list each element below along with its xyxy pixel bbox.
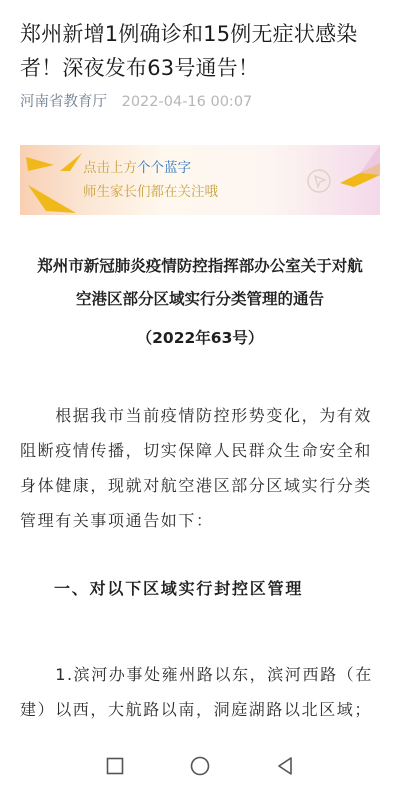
back-button[interactable] <box>274 755 296 777</box>
banner-line1: 点击上方个个蓝字 <box>83 159 191 177</box>
follow-banner[interactable]: 点击上方个个蓝字 师生家长们都在关注哦 <box>20 145 380 215</box>
intro-line: 根据我市当前疫情防控形势变化，为有效 <box>20 398 382 433</box>
home-button[interactable] <box>189 755 211 777</box>
recent-apps-button[interactable] <box>104 755 126 777</box>
item1-paragraph: 1.滨河办事处雍州路以东，滨河西路（在 建）以西，大航路以南，洞庭湖路以北区域； <box>20 657 382 727</box>
document-heading-line2: 空港区部分区域实行分类管理的通告 <box>20 288 380 310</box>
system-nav-bar <box>0 745 400 787</box>
document-number: （2022年63号） <box>20 327 380 349</box>
intro-line: 身体健康，现就对航空港区部分区域实行分类 <box>20 468 382 503</box>
section-heading: 一、对以下区域实行封控区管理 <box>54 576 303 599</box>
item-line: 建）以西，大航路以南，洞庭湖路以北区域； <box>20 692 382 727</box>
article-meta: 河南省教育厅 2022-04-16 00:07 <box>20 92 252 112</box>
gold-shard-icon <box>26 155 56 175</box>
intro-line: 阻断疫情传播，切实保障人民群众生命安全和 <box>20 433 382 468</box>
item-line: 1.滨河办事处雍州路以东，滨河西路（在 <box>20 657 382 692</box>
banner-line2: 师生家长们都在关注哦 <box>83 183 218 201</box>
back-triangle-icon <box>276 756 294 776</box>
blue-text-highlight: 个个蓝字 <box>137 160 191 176</box>
article-title: 郑州新增1例确诊和15例无症状感染者！深夜发布63号通告！ <box>20 17 385 85</box>
publish-date: 2022-04-16 00:07 <box>122 94 253 110</box>
circle-icon <box>190 756 210 776</box>
author-link[interactable]: 河南省教育厅 <box>20 94 107 110</box>
gold-shard-icon <box>28 185 78 215</box>
pink-triangle-decoration <box>350 145 380 175</box>
document-heading-line1: 郑州市新冠肺炎疫情防控指挥部办公室关于对航 <box>20 255 380 277</box>
gold-shard-icon <box>58 151 84 173</box>
square-icon <box>106 757 124 775</box>
cursor-click-icon <box>305 167 333 195</box>
intro-line: 管理有关事项通告如下： <box>20 503 382 538</box>
intro-paragraph: 根据我市当前疫情防控形势变化，为有效 阻断疫情传播，切实保障人民群众生命安全和 … <box>20 398 382 538</box>
